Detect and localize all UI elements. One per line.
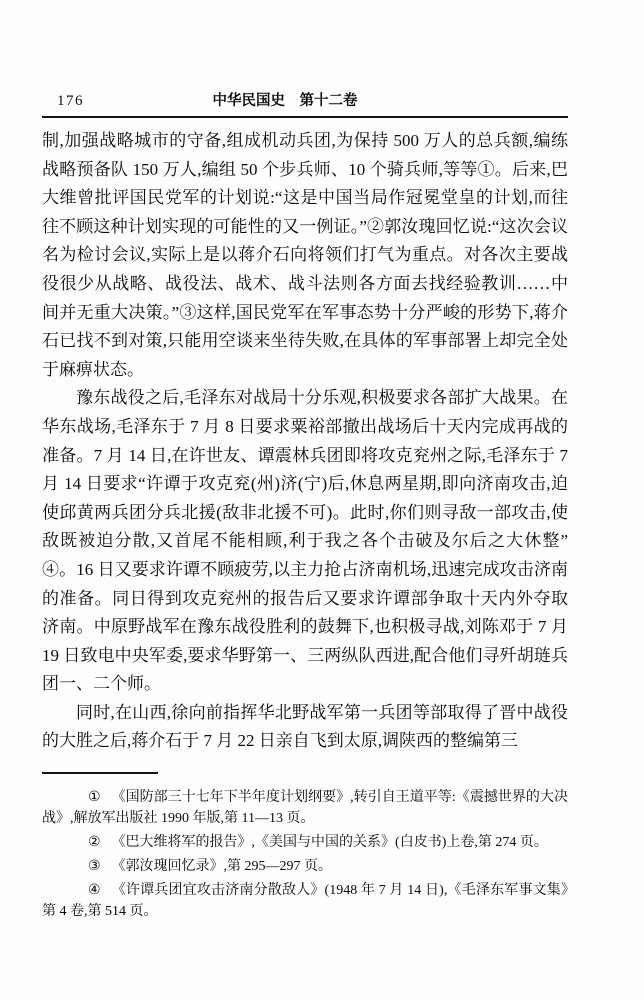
footnote-text: 《郭汝瑰回忆录》,第 295—297 页。 xyxy=(112,859,333,874)
footnotes-block: ①《国防部三十七年下半年度计划纲要》,转引自王道平等:《震撼世界的大决战》,解放… xyxy=(42,787,568,922)
header-rule xyxy=(42,116,568,118)
footnote-text: 《许谭兵团宜攻击济南分散敌人》(1948 年 7 月 14 日),《毛泽东军事文… xyxy=(42,883,568,919)
footnote-marker: ① xyxy=(88,790,101,805)
footnote-marker: ④ xyxy=(88,883,101,898)
page-number: 176 xyxy=(57,93,84,110)
footnote-item: ②《巴大维将军的报告》,《美国与中国的关系》(白皮书)上卷,第 274 页。 xyxy=(42,832,568,853)
footnote-item: ④《许谭兵团宜攻击济南分散敌人》(1948 年 7 月 14 日),《毛泽东军事… xyxy=(42,880,568,922)
footnote-marker: ② xyxy=(88,835,101,850)
paragraph-2: 豫东战役之后,毛泽东对战局十分乐观,积极要求各部扩大战果。在华东战场,毛泽东于 … xyxy=(42,384,568,699)
footnote-item: ③《郭汝瑰回忆录》,第 295—297 页。 xyxy=(42,856,568,877)
footnote-item: ①《国防部三十七年下半年度计划纲要》,转引自王道平等:《震撼世界的大决战》,解放… xyxy=(42,787,568,829)
paragraph-1: 制,加强战略城市的守备,组成机动兵团,为保持 500 万人的总兵额,编练战略预备… xyxy=(42,127,568,384)
footnote-marker: ③ xyxy=(88,859,101,874)
paragraph-3: 同时,在山西,徐向前指挥华北野战军第一兵团等部取得了晋中战役的大胜之后,蒋介石于… xyxy=(42,699,568,756)
footnote-text: 《国防部三十七年下半年度计划纲要》,转引自王道平等:《震撼世界的大决战》,解放军… xyxy=(42,790,568,826)
running-header: 176 中华民国史 第十二卷 xyxy=(42,0,568,110)
book-title: 中华民国史 第十二卷 xyxy=(213,89,358,110)
footnote-text: 《巴大维将军的报告》,《美国与中国的关系》(白皮书)上卷,第 274 页。 xyxy=(112,835,548,850)
footnote-divider xyxy=(42,772,158,774)
book-page: 176 中华民国史 第十二卷 制,加强战略城市的守备,组成机动兵团,为保持 50… xyxy=(0,0,644,1000)
body-text: 制,加强战略城市的守备,组成机动兵团,为保持 500 万人的总兵额,编练战略预备… xyxy=(42,127,568,756)
page-content: 176 中华民国史 第十二卷 制,加强战略城市的守备,组成机动兵团,为保持 50… xyxy=(42,0,568,925)
